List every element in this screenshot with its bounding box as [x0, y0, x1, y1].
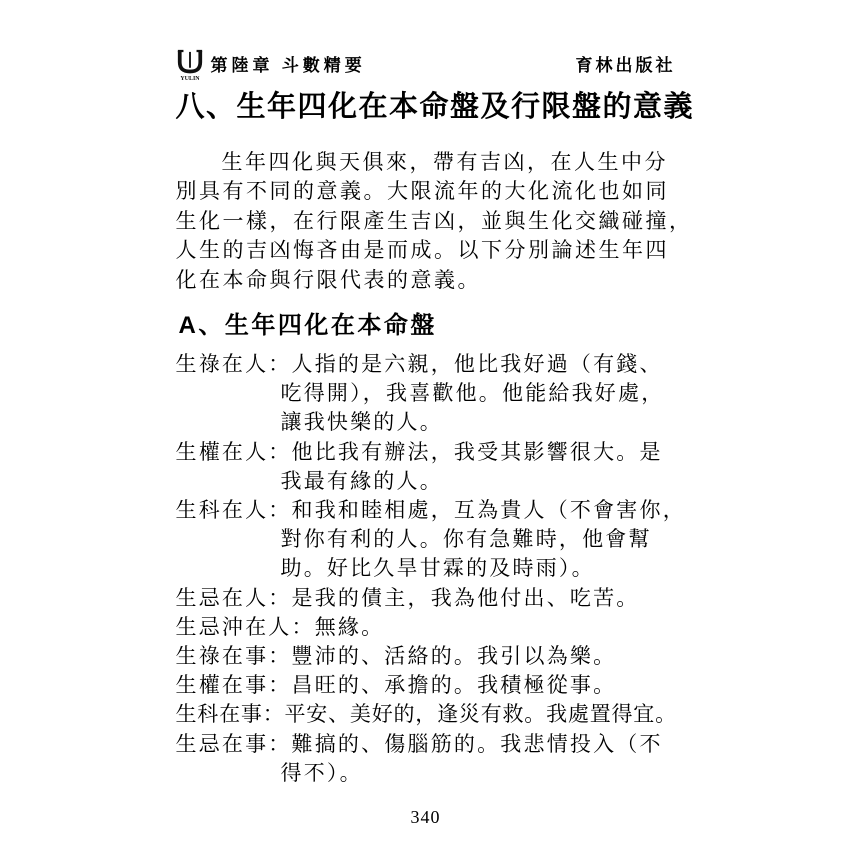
definition-line: 讓我快樂的人。 — [176, 408, 676, 437]
definition-line: 生忌沖在人：無緣。 — [176, 613, 676, 642]
logo-wordmark: YULIN — [180, 76, 200, 81]
intro-line: 人生的吉凶悔吝由是而成。以下分別論述生年四 — [176, 236, 676, 265]
header-left: YULIN 第陸章 斗數精要 — [176, 48, 366, 84]
definition-line: 對你有利的人。你有急難時，他會幫 — [176, 525, 676, 554]
book-page: YULIN 第陸章 斗數精要 育林出版社 八、生年四化在本命盤及行限盤的意義 生… — [0, 0, 851, 851]
intro-line: 生年四化與天俱來，帶有吉凶，在人生中分 — [176, 148, 676, 177]
intro-line: 別具有不同的意義。大限流年的大化流化也如同 — [176, 177, 676, 206]
page-title: 八、生年四化在本命盤及行限盤的意義 — [176, 90, 676, 125]
definition-line: 得不）。 — [176, 759, 676, 788]
definition-line: 生科在人：和我和睦相處，互為貴人（不會害你， — [176, 496, 676, 525]
intro-paragraph: 生年四化與天俱來，帶有吉凶，在人生中分 別具有不同的意義。大限流年的大化流化也如… — [176, 148, 676, 295]
definition-line: 我最有緣的人。 — [176, 467, 676, 496]
definition-list: 生祿在人：人指的是六親，他比我好過（有錢、 吃得開），我喜歡他。他能給我好處， … — [176, 350, 676, 788]
definition-line: 生祿在人：人指的是六親，他比我好過（有錢、 — [176, 350, 676, 379]
intro-line: 生化一樣，在行限產生吉凶，並與生化交織碰撞， — [176, 207, 676, 236]
page-header: YULIN 第陸章 斗數精要 育林出版社 — [176, 48, 676, 84]
page-content: YULIN 第陸章 斗數精要 育林出版社 八、生年四化在本命盤及行限盤的意義 生… — [176, 0, 676, 788]
page-number: 340 — [0, 807, 851, 828]
chapter-label: 第陸章 斗數精要 — [211, 48, 366, 84]
definition-line: 助。好比久旱甘霖的及時雨）。 — [176, 554, 676, 583]
publisher-logo-icon: YULIN — [176, 48, 204, 81]
definition-line: 生祿在事：豐沛的、活絡的。我引以為樂。 — [176, 642, 676, 671]
intro-line: 化在本命與行限代表的意義。 — [176, 266, 676, 295]
definition-line: 生科在事：平安、美好的，逢災有救。我處置得宜。 — [176, 700, 676, 729]
definition-line: 生權在人：他比我有辦法，我受其影響很大。是 — [176, 438, 676, 467]
publisher-name: 育林出版社 — [576, 48, 676, 84]
definition-line: 吃得開），我喜歡他。他能給我好處， — [176, 379, 676, 408]
definition-line: 生權在事：昌旺的、承擔的。我積極從事。 — [176, 671, 676, 700]
section-heading: A、生年四化在本命盤 — [179, 310, 676, 341]
definition-line: 生忌在人：是我的債主，我為他付出、吃苦。 — [176, 584, 676, 613]
definition-line: 生忌在事：難搞的、傷腦筋的。我悲情投入（不 — [176, 730, 676, 759]
